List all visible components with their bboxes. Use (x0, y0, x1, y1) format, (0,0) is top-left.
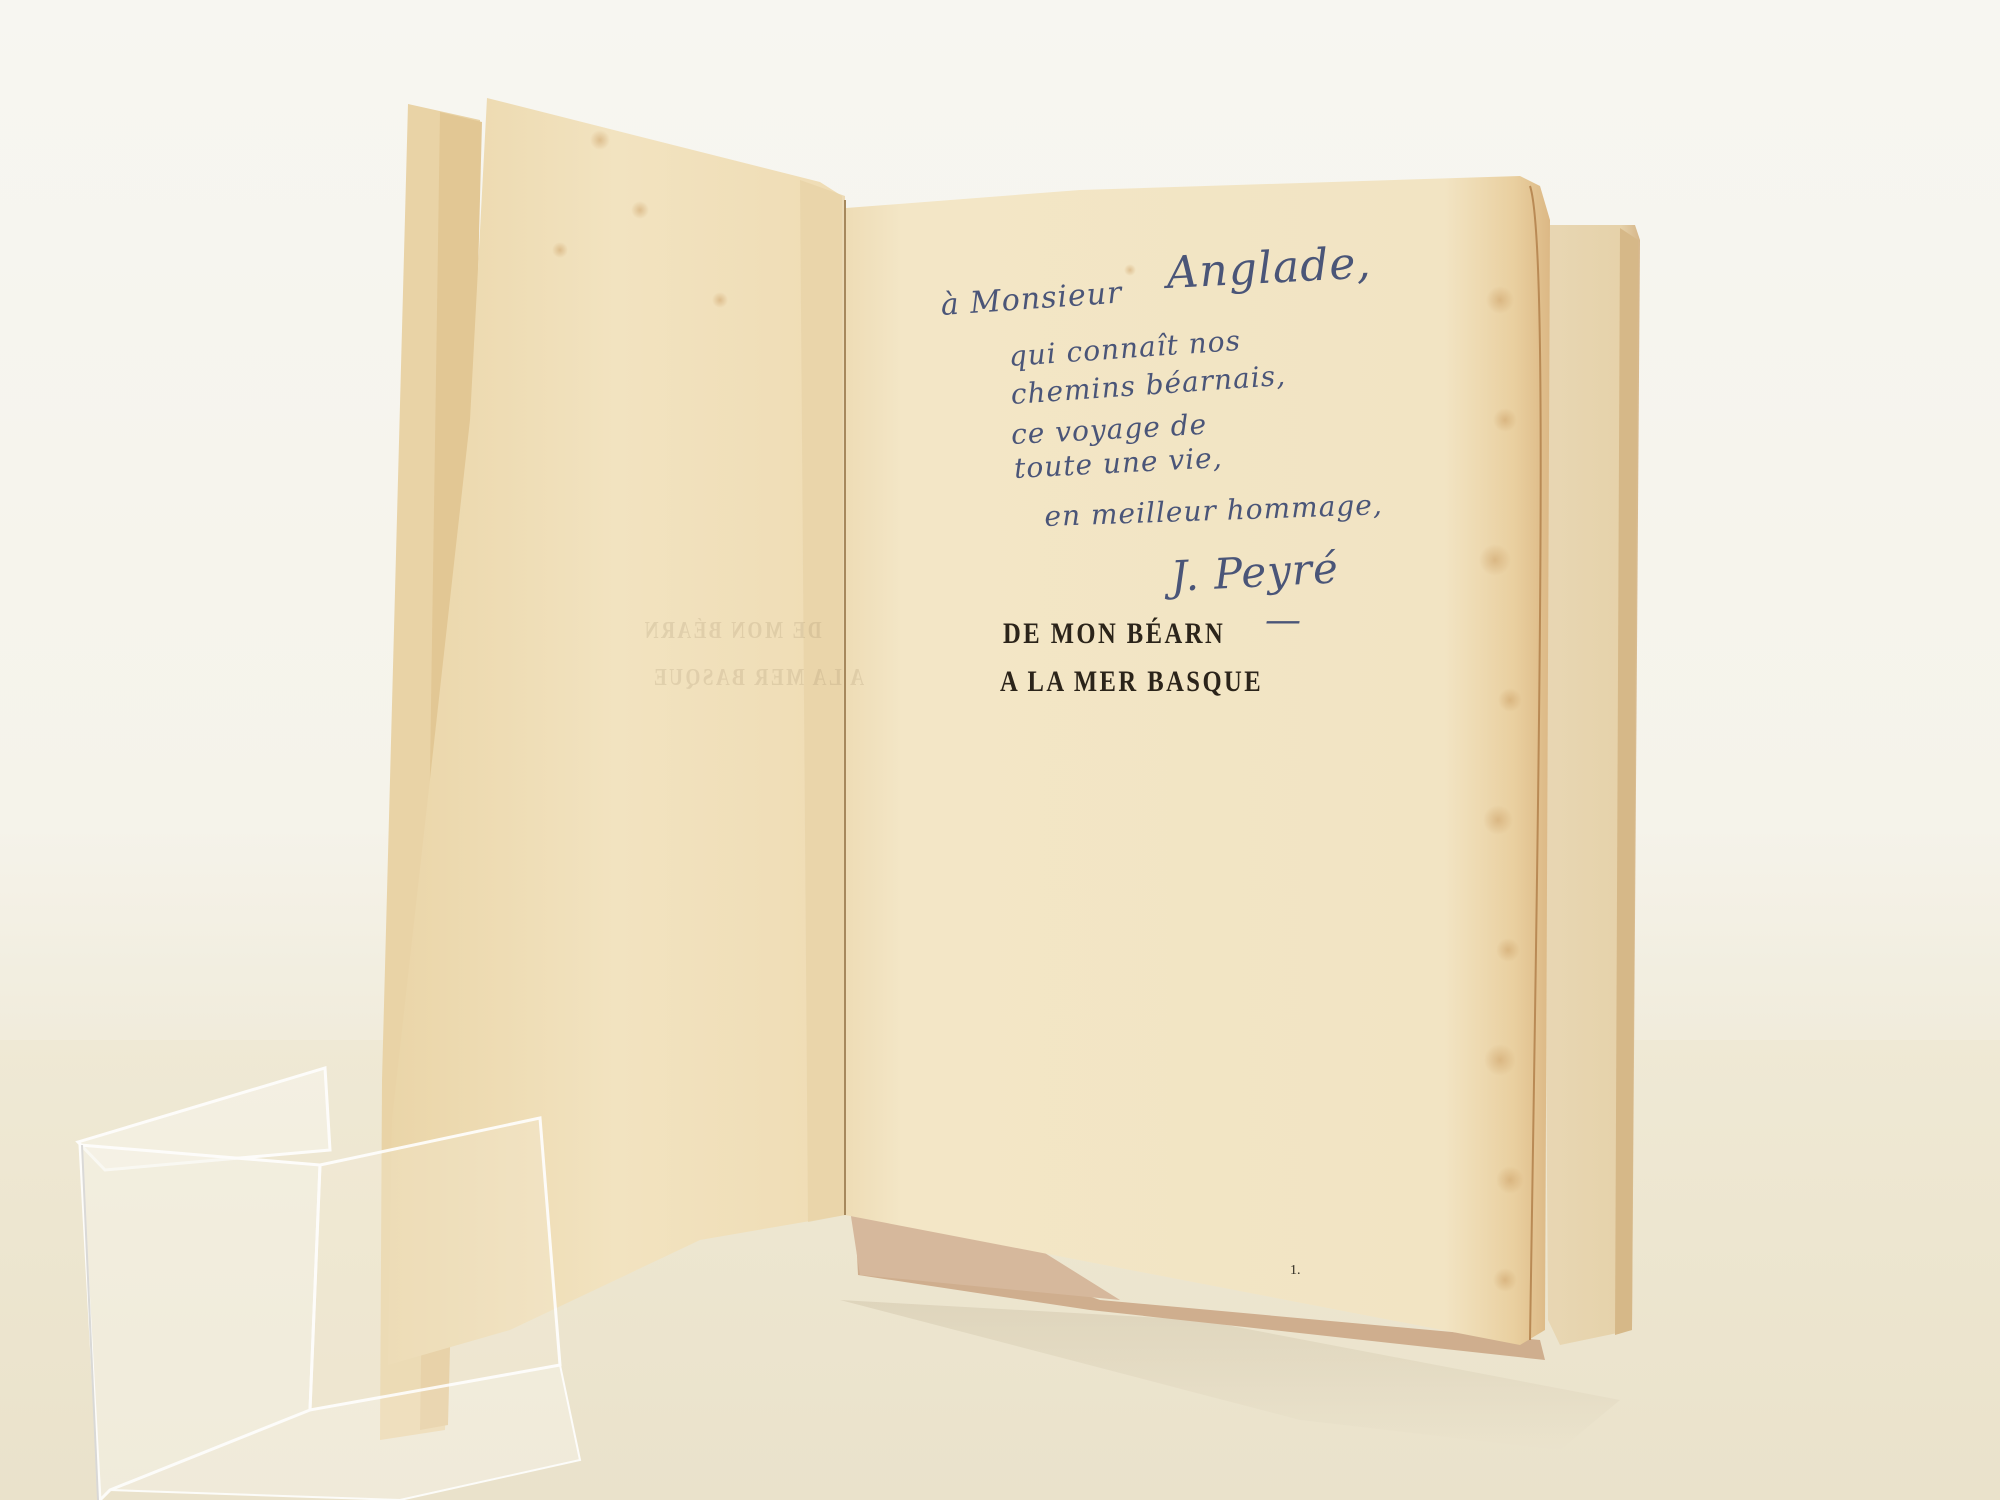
book-title-line-2: A LA MER BASQUE (1000, 665, 1263, 699)
page-number: 1. (1290, 1263, 1301, 1279)
inscription-signature: J. Peyré (1169, 543, 1340, 601)
ghost-title-line-2: A LA MER BASQUE (652, 665, 865, 692)
book-text-layer: DE MON BÉARN A LA MER BASQUE à Monsieur … (0, 0, 2000, 1500)
inscription-line-1: à Monsieur (940, 275, 1124, 323)
inscription-line-6: en meilleur hommage, (1044, 488, 1383, 533)
photo-scene: DE MON BÉARN A LA MER BASQUE à Monsieur … (0, 0, 2000, 1500)
ghost-title-line-1: DE MON BÉARN (642, 618, 821, 645)
signature-underline: — (1265, 600, 1302, 641)
book-title-line-1: DE MON BÉARN (1003, 617, 1225, 651)
inscription-recipient: Anglade, (1165, 237, 1372, 299)
